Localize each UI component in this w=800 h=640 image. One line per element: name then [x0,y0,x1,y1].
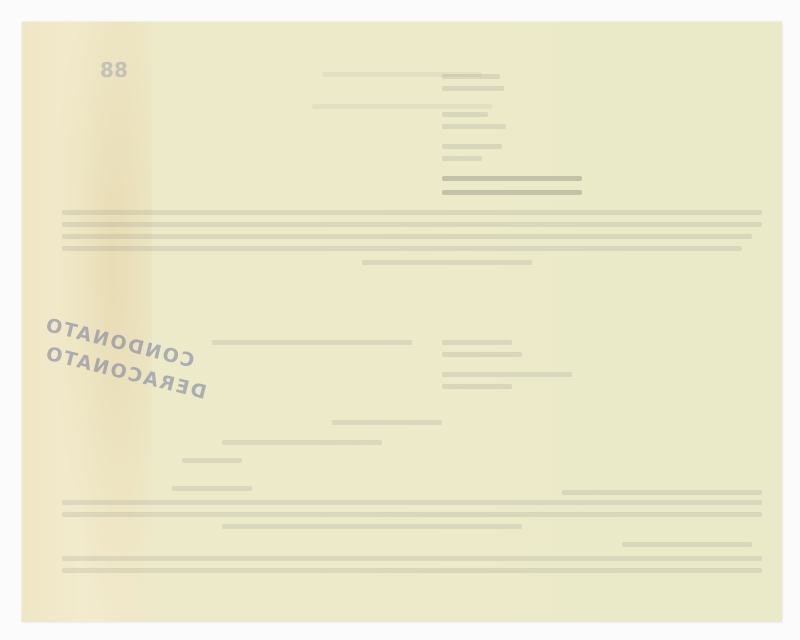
text-line [442,124,506,129]
text-line [62,500,762,505]
text-line [322,72,482,77]
text-line [62,222,762,227]
text-line [62,568,762,573]
text-line [442,86,504,91]
text-line [442,352,522,357]
text-line [62,512,762,517]
text-line [442,144,502,149]
text-line [222,524,522,529]
text-line [62,556,762,561]
text-line [442,112,488,117]
document-number: 88 [100,58,128,82]
text-line [62,234,752,239]
text-line [442,384,512,389]
text-line [222,440,382,445]
text-line [442,372,572,377]
text-line [442,340,512,345]
text-line [62,210,762,215]
paper-sheet: 88 CONDONATO DERACONATO [22,22,782,622]
text-line [622,542,752,547]
text-line [332,420,442,425]
text-line [362,260,532,265]
text-line [62,246,742,251]
text-line [442,176,582,181]
text-line [562,490,762,495]
text-line [172,486,252,491]
text-line [212,340,412,345]
text-line [442,156,482,161]
text-line [442,190,582,195]
text-line [182,458,242,463]
text-line [312,104,492,109]
